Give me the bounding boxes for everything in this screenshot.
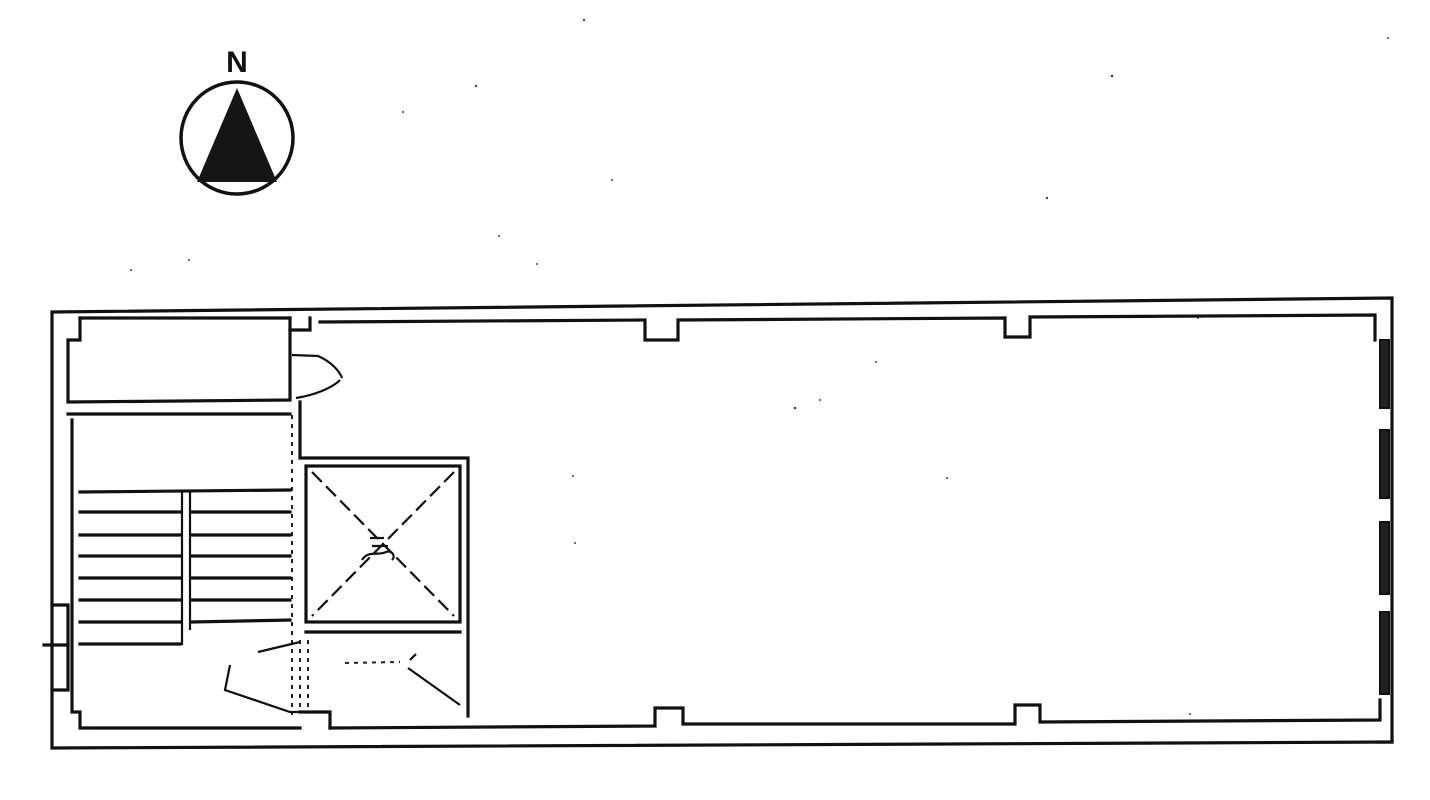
- stairwell: [44, 490, 290, 690]
- elevator-shaft: [306, 466, 460, 632]
- north-arrow-icon: [181, 82, 293, 194]
- east-windows: [1380, 340, 1389, 694]
- window: [1380, 612, 1389, 694]
- storage-room-northwest: [68, 318, 290, 414]
- floor-plan-drawing: N: [0, 0, 1430, 800]
- north-arrow: N: [181, 46, 293, 194]
- door-north: [290, 318, 468, 716]
- window: [1380, 340, 1389, 408]
- north-label: N: [226, 46, 248, 79]
- window: [1380, 522, 1389, 594]
- window: [1380, 430, 1389, 498]
- entrance-lobby: [225, 640, 460, 728]
- exterior-walls: [52, 298, 1392, 748]
